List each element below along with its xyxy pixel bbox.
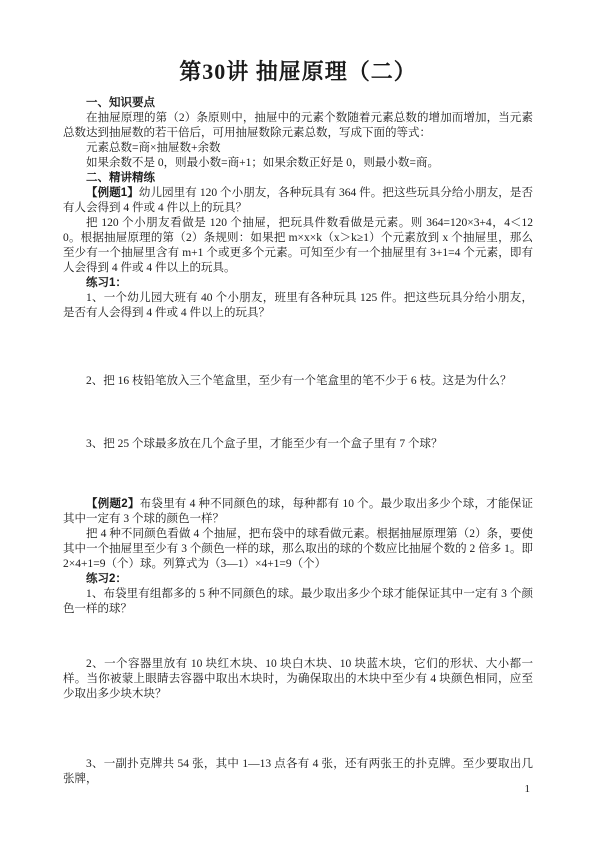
page-title: 第30讲 抽屉原理（二） bbox=[63, 58, 533, 86]
exercise1-heading: 练习1： bbox=[63, 276, 533, 291]
knowledge-rule: 如果余数不是 0，则最小数=商+1；如果余数正好是 0，则最小数=商。 bbox=[63, 156, 533, 171]
example1-question-paragraph: 【例题1】幼儿园里有 120 个小朋友，各种玩具有 364 件。把这些玩具分给小… bbox=[63, 186, 533, 216]
knowledge-intro-paragraph: 在抽屉原理的第（2）条原则中，抽屉中的元素个数随着元素总数的增加而增加，当元素总… bbox=[63, 111, 533, 141]
exercise2-heading: 练习2： bbox=[63, 572, 533, 587]
knowledge-formula: 元素总数=商×抽屉数+余数 bbox=[63, 141, 533, 156]
exercise1-item-3: 3、把 25 个球最多放在几个盒子里，才能至少有一个盒子里有 7 个球？ bbox=[63, 437, 533, 452]
example2-solution-paragraph: 把 4 种不同颜色看做 4 个抽屉，把布袋中的球看做元素。根据抽屉原理第（2）条… bbox=[63, 527, 533, 572]
exercise1-item-2: 2、把 16 枝铅笔放入三个笔盒里，至少有一个笔盒里的笔不少于 6 枝。这是为什… bbox=[63, 374, 533, 389]
exercise2-item-2: 2、一个容器里放有 10 块红木块、10 块白木块、10 块蓝木块，它们的形状、… bbox=[63, 657, 533, 702]
example1-solution-paragraph: 把 120 个小朋友看做是 120 个抽屉，把玩具件数看做是元素。则 364=1… bbox=[63, 216, 533, 276]
example2-question-paragraph: 【例题2】布袋里有 4 种不同颜色的球，每种都有 10 个。最少取出多少个球，才… bbox=[63, 497, 533, 527]
document-page: { "document": { "title": "第30讲 抽屉原理（二）",… bbox=[0, 0, 596, 842]
example2-label: 【例题2】 bbox=[86, 498, 140, 510]
exercise2-item-3: 3、一副扑克牌共 54 张，其中 1—13 点各有 4 张，还有两张王的扑克牌。… bbox=[63, 757, 533, 787]
practice-section-heading: 二、精讲精练 bbox=[63, 171, 533, 186]
example1-label: 【例题1】 bbox=[86, 187, 139, 199]
knowledge-section-heading: 一、知识要点 bbox=[63, 96, 533, 111]
exercise1-item-1: 1、一个幼儿园大班有 40 个小朋友，班里有各种玩具 125 件。把这些玩具分给… bbox=[63, 291, 533, 321]
page-number: 1 bbox=[525, 782, 531, 797]
page-content: 第30讲 抽屉原理（二） 一、知识要点 在抽屉原理的第（2）条原则中，抽屉中的元… bbox=[0, 0, 596, 787]
exercise2-item-1: 1、布袋里有组都多的 5 种不同颜色的球。最少取出多少个球才能保证其中一定有 3… bbox=[63, 587, 533, 617]
